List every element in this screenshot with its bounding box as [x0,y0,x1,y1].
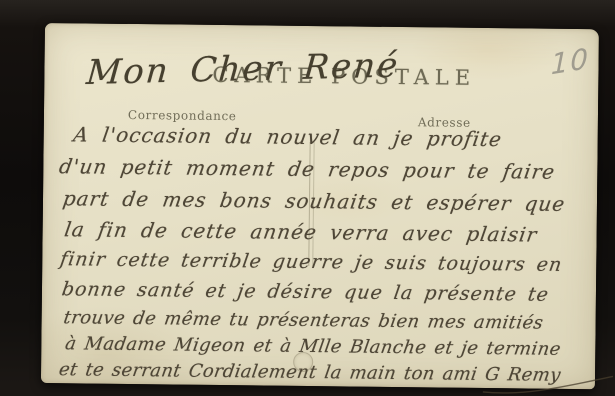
message-line: d'un petit moment de repos pour te faire [58,154,557,184]
message-line: A l'occasion du nouvel an je profite [72,122,504,151]
message-line: bonne santé et je désire que la présente… [60,278,550,305]
message-line: à Madame Migeon et à Mlle Blanche et je … [64,333,563,360]
pencil-number: 10 [551,41,590,81]
handwritten-salutation: Mon Cher René [85,46,401,93]
message-line: finir cette terrible guerre je suis touj… [59,248,564,276]
postcard-photo-background: CARTE POSTALE Correspondance Adresse Mon… [0,0,615,396]
postcard: CARTE POSTALE Correspondance Adresse Mon… [41,23,599,389]
signature-flourish [479,372,615,396]
message-line: la fin de cette année verra avec plaisir [63,217,539,246]
message-line: part de mes bons souhaits et espérer que [61,186,567,216]
message-line: trouve de même tu présenteras bien mes a… [62,307,545,333]
